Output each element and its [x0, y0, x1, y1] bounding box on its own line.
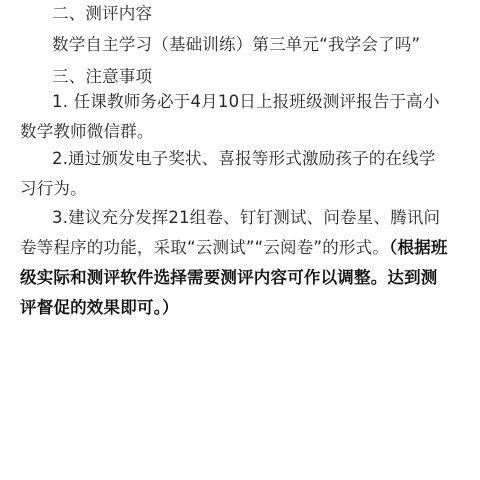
- notice-item-1: 1. 任课教师务必于4月10日上报班级测评报告于高小数学教师微信群。: [20, 87, 452, 147]
- evaluation-content-text: 数学自主学习（基础训练）第三单元“我学会了吗”: [52, 35, 420, 55]
- section-heading-evaluation-content: 二、测评内容: [52, 4, 152, 24]
- notice-item-3: 3.建议充分发挥21组卷、钉钉测试、问卷星、腾讯问卷等程序的功能，采取“云测试”…: [20, 203, 452, 323]
- section-heading-notes: 三、注意事项: [52, 67, 152, 87]
- notice-item-2: 2.通过颁发电子奖状、喜报等形式激励孩子的在线学习行为。: [20, 144, 452, 204]
- notice-item-3-text: 3.建议充分发挥21组卷、钉钉测试、问卷星、腾讯问卷等程序的功能，采取“云测试”…: [20, 208, 440, 257]
